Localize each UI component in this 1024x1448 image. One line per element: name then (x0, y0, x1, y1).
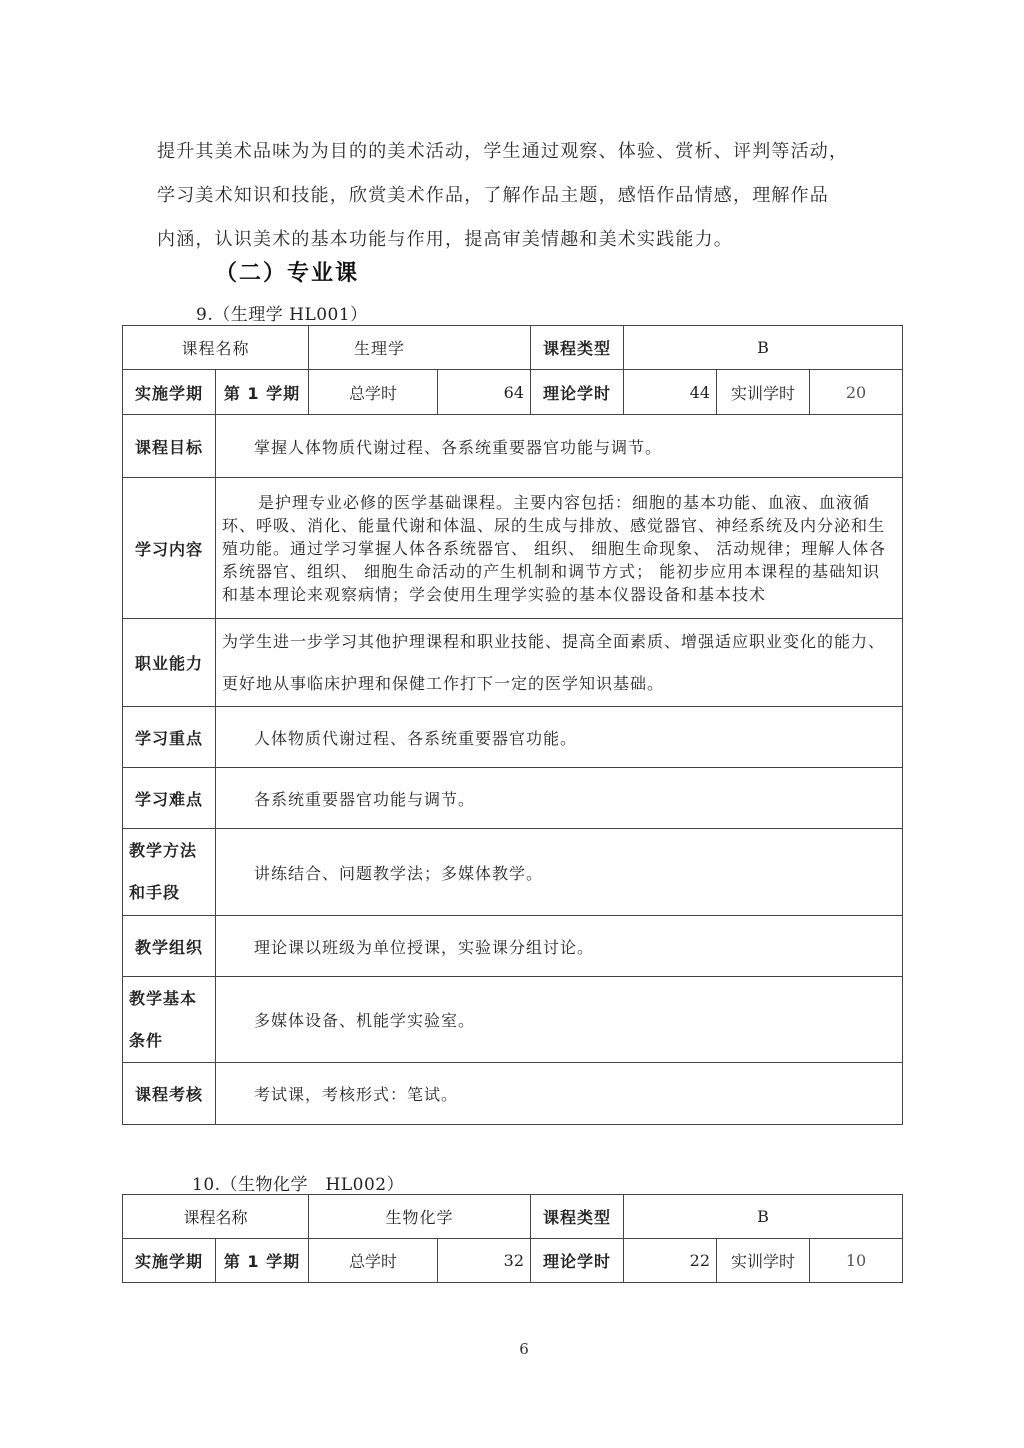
practice-hours: 10 (810, 1239, 903, 1283)
table-row: 教学方法和手段 讲练结合、问题教学法；多媒体教学。 (123, 829, 903, 916)
row-content: 掌握人体物质代谢过程、各系统重要器官功能与调节。 (216, 415, 903, 478)
course-name-label: 课程名称 (123, 1195, 309, 1239)
row-content: 各系统重要器官功能与调节。 (216, 768, 903, 829)
course-type: B (624, 1195, 903, 1239)
row-content: 是护理专业必修的医学基础课程。主要内容包括：细胞的基本功能、血液、血液循环、呼吸… (216, 478, 903, 619)
total-hours: 32 (438, 1239, 531, 1283)
row-label: 学习内容 (123, 478, 216, 619)
row-content: 人体物质代谢过程、各系统重要器官功能。 (216, 707, 903, 768)
row-content: 考试课，考核形式：笔试。 (216, 1063, 903, 1125)
table-row: 教学基本条件 多媒体设备、机能学实验室。 (123, 977, 903, 1063)
row-label: 职业能力 (123, 619, 216, 707)
course-name: 生理学 (309, 326, 531, 370)
row-label: 教学组织 (123, 916, 216, 977)
total-hours-label: 总学时 (309, 1239, 438, 1283)
table-row: 课程目标 掌握人体物质代谢过程、各系统重要器官功能与调节。 (123, 415, 903, 478)
table-row: 教学组织 理论课以班级为单位授课，实验课分组讨论。 (123, 916, 903, 977)
row-label: 教学方法和手段 (123, 829, 216, 916)
course-type-label: 课程类型 (531, 326, 624, 370)
course-heading: 10.（生物化学 HL002） (192, 1170, 404, 1195)
row-label: 课程考核 (123, 1063, 216, 1125)
table-row: 实施学期 第 1 学期 总学时 32 理论学时 22 实训学时 10 (123, 1239, 903, 1283)
row-content: 为学生进一步学习其他护理课程和职业技能、提高全面素质、增强适应职业变化的能力、更… (216, 619, 903, 707)
theory-hours-label: 理论学时 (531, 1239, 624, 1283)
course-name: 生物化学 (309, 1195, 531, 1239)
course-type-label: 课程类型 (531, 1195, 624, 1239)
intro-line: 学习美术知识和技能，欣赏美术作品，了解作品主题，感悟作品情感，理解作品 (157, 174, 877, 218)
total-hours: 64 (438, 370, 531, 415)
table-row: 学习难点 各系统重要器官功能与调节。 (123, 768, 903, 829)
table-row: 课程名称 生理学 课程类型 B (123, 326, 903, 370)
course-table-biochemistry: 课程名称 生物化学 课程类型 B 实施学期 第 1 学期 总学时 32 理论学时… (122, 1194, 903, 1283)
semester: 第 1 学期 (216, 370, 309, 415)
semester-label: 实施学期 (123, 370, 216, 415)
row-label: 学习难点 (123, 768, 216, 829)
semester-label: 实施学期 (123, 1239, 216, 1283)
practice-hours: 20 (810, 370, 903, 415)
practice-hours-label: 实训学时 (717, 1239, 810, 1283)
theory-hours-label: 理论学时 (531, 370, 624, 415)
table-row: 学习重点 人体物质代谢过程、各系统重要器官功能。 (123, 707, 903, 768)
table-row: 实施学期 第 1 学期 总学时 64 理论学时 44 实训学时 20 (123, 370, 903, 415)
section-heading: （二）专业课 (215, 256, 359, 287)
row-label: 课程目标 (123, 415, 216, 478)
page-number: 6 (0, 1340, 1024, 1358)
practice-hours-label: 实训学时 (717, 370, 810, 415)
theory-hours: 22 (624, 1239, 717, 1283)
row-label: 教学基本条件 (123, 977, 216, 1063)
row-content: 多媒体设备、机能学实验室。 (216, 977, 903, 1063)
course-heading: 9.（生理学 HL001） (196, 300, 368, 325)
table-row: 课程考核 考试课，考核形式：笔试。 (123, 1063, 903, 1125)
course-table-physiology: 课程名称 生理学 课程类型 B 实施学期 第 1 学期 总学时 64 理论学时 … (122, 325, 903, 1125)
row-label: 学习重点 (123, 707, 216, 768)
table-row: 学习内容 是护理专业必修的医学基础课程。主要内容包括：细胞的基本功能、血液、血液… (123, 478, 903, 619)
intro-paragraph: 提升其美术品味为为目的的美术活动，学生通过观察、体验、赏析、评判等活动， 学习美… (157, 130, 877, 262)
row-content: 理论课以班级为单位授课，实验课分组讨论。 (216, 916, 903, 977)
course-name-label: 课程名称 (123, 326, 309, 370)
table-row: 职业能力 为学生进一步学习其他护理课程和职业技能、提高全面素质、增强适应职业变化… (123, 619, 903, 707)
semester: 第 1 学期 (216, 1239, 309, 1283)
course-type: B (624, 326, 903, 370)
intro-line: 提升其美术品味为为目的的美术活动，学生通过观察、体验、赏析、评判等活动， (157, 130, 877, 174)
total-hours-label: 总学时 (309, 370, 438, 415)
theory-hours: 44 (624, 370, 717, 415)
row-content: 讲练结合、问题教学法；多媒体教学。 (216, 829, 903, 916)
table-row: 课程名称 生物化学 课程类型 B (123, 1195, 903, 1239)
